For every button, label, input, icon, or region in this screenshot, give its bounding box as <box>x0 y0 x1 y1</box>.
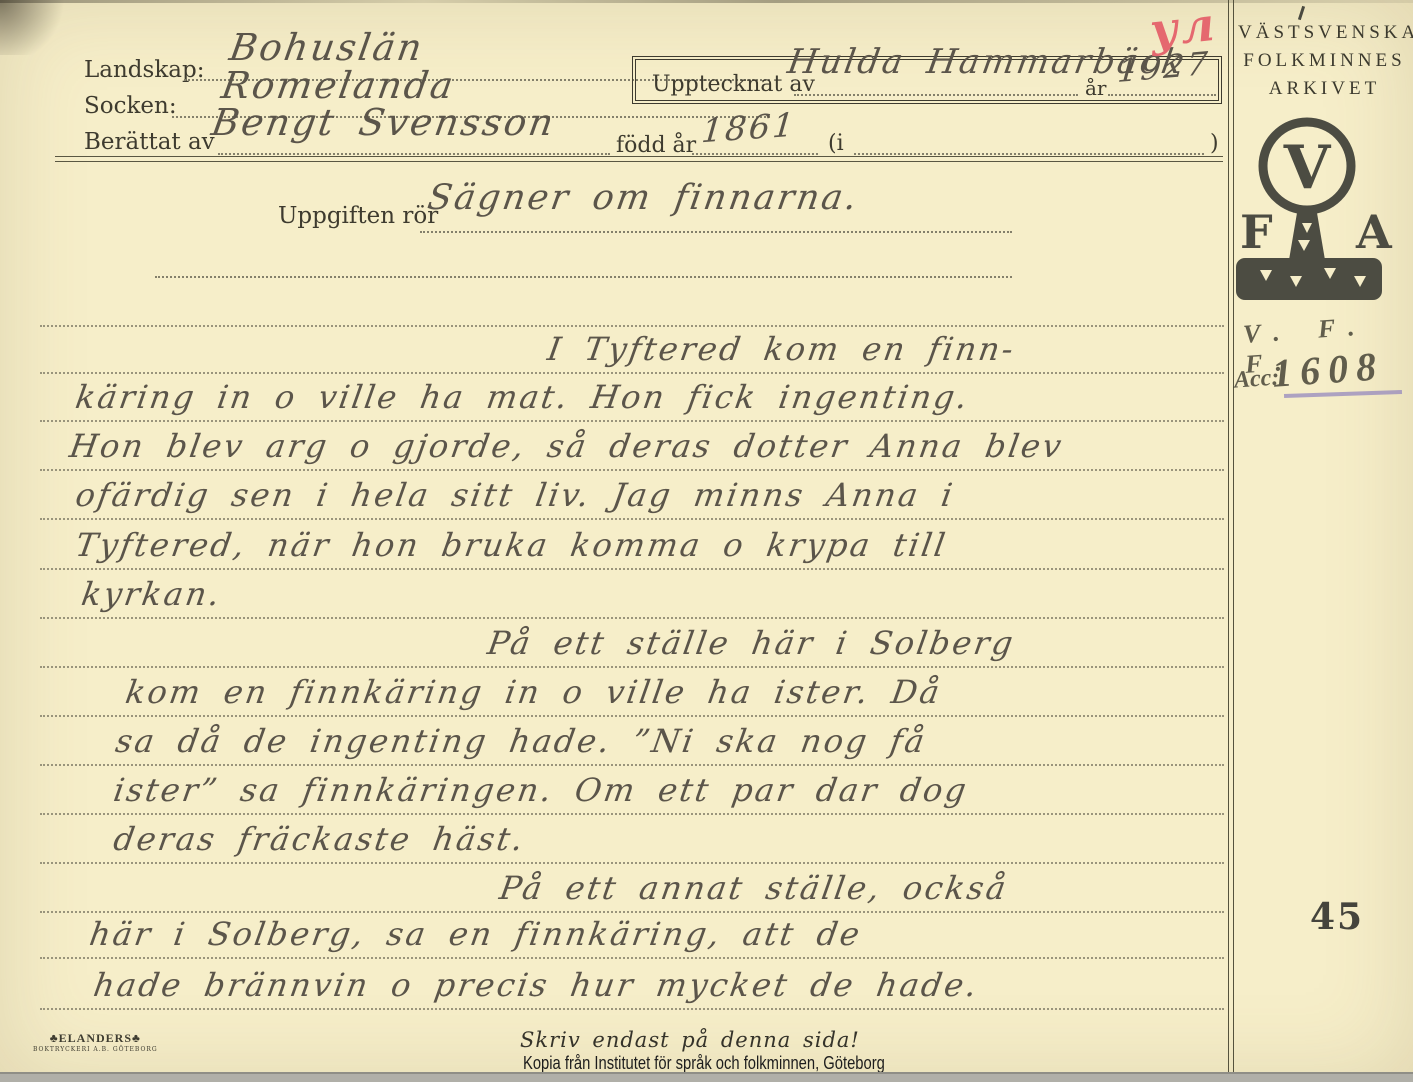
ruled-line <box>40 862 1224 864</box>
ruled-line <box>40 715 1224 717</box>
stray-pen-mark <box>1298 6 1305 20</box>
handwritten-line: här i Solberg, sa en finnkäring, att de <box>87 915 865 953</box>
uppgiften-ror-label: Uppgiften rör <box>278 203 438 229</box>
ruled-line <box>40 518 1224 520</box>
printer-subtitle: BOKTRYCKERI A.B. GÖTEBORG <box>33 1046 158 1053</box>
scanned-archive-document: Landskap: Bohuslän Socken: Romelanda Ber… <box>0 0 1413 1082</box>
ruled-line <box>40 325 1224 327</box>
printer-name: ELANDERS <box>59 1031 132 1045</box>
handwritten-line: ister” sa finnkäringen. Om ett par dar d… <box>111 771 971 809</box>
handwritten-line: Tyftered, när hon bruka komma o krypa ti… <box>73 526 950 564</box>
archive-name-line: FOLKMINNES <box>1238 50 1411 72</box>
archive-name-line: VÄSTSVENSKA <box>1238 22 1411 44</box>
handwritten-line: På ett ställe här i Solberg <box>485 624 1018 662</box>
logo-right-letter: A <box>1355 205 1393 259</box>
ruled-line <box>40 764 1224 766</box>
fodd-ar-label: född år <box>616 133 696 158</box>
handwritten-line: hade brännvin o precis hur mycket de had… <box>91 966 982 1004</box>
handwritten-line: deras fräckaste häst. <box>111 820 528 858</box>
handwritten-line: kyrkan. <box>79 575 225 613</box>
ruled-line <box>40 420 1224 422</box>
landskap-value: Bohuslän <box>227 26 428 69</box>
printer-ornament: ♣ <box>50 1031 59 1045</box>
header-divider-line <box>55 156 1223 162</box>
scan-corner-smudge <box>0 0 70 55</box>
handwritten-line: ofärdig sen i hela sitt liv. Jag minns A… <box>73 476 957 514</box>
ruled-line <box>40 666 1224 668</box>
logo-circle-letter: V <box>1283 133 1332 203</box>
stamp-acc-label: Acc: <box>1233 364 1280 394</box>
handwritten-line: I Tyftered kom en finn- <box>545 330 1018 368</box>
handwritten-line: Hon blev arg o gjorde, så deras dotter A… <box>67 427 1066 465</box>
ruled-line <box>40 911 1224 913</box>
handwritten-line: kom en finnkäring in o ville ha ister. D… <box>123 673 944 711</box>
write-only-instruction: Skriv endast på denna sida! <box>520 1028 860 1052</box>
archive-logo-thors-hammer: V F A <box>1232 108 1402 313</box>
paren-open-label: (i <box>828 131 844 156</box>
archive-name-line: ARKIVET <box>1238 78 1411 100</box>
stamp-number: 1608 <box>1270 342 1385 397</box>
socken-label: Socken: <box>84 93 177 119</box>
ruled-line <box>40 1008 1224 1010</box>
red-pencil-annotation: ул <box>1147 0 1219 57</box>
subject-fill-line <box>420 231 1012 233</box>
subject-extra-line <box>155 276 1012 278</box>
ar-fill-line <box>1108 94 1216 96</box>
ruled-line <box>40 372 1224 374</box>
copy-attribution-note: Kopia från Institutet för språk och folk… <box>523 1053 885 1074</box>
berattat-av-fill-line <box>218 153 610 155</box>
subject-value: Sägner om finnarna. <box>425 178 862 218</box>
page-number: 45 <box>1310 896 1364 938</box>
upptecknat-fill-line <box>794 94 1078 96</box>
ruled-line <box>40 469 1224 471</box>
printer-mark: ♣ELANDERS♣ BOKTRYCKERI A.B. GÖTEBORG <box>33 1031 158 1053</box>
handwritten-line: På ett annat ställe, också <box>497 869 1011 907</box>
ruled-line <box>40 568 1224 570</box>
ar-label: år <box>1085 76 1106 100</box>
berattat-av-label: Berättat av <box>84 129 215 155</box>
paren-close-label: ) <box>1210 131 1219 156</box>
berattat-av-value: Bengt Svensson <box>209 101 559 144</box>
fodd-ar-value: 1861 <box>700 105 798 150</box>
fodd-ar-fill-line <box>692 153 818 155</box>
handwritten-line: sa då de ingenting hade. ”Ni ska nog få <box>113 722 929 760</box>
ruled-line <box>40 617 1224 619</box>
logo-left-letter: F <box>1240 205 1273 259</box>
paren-fill-line <box>854 153 1204 155</box>
handwritten-line: käring in o ville ha mat. Hon fick ingen… <box>73 378 972 416</box>
ruled-line <box>40 813 1224 815</box>
ruled-line <box>40 957 1224 959</box>
scan-bottom-edge <box>0 1072 1413 1082</box>
printer-ornament: ♣ <box>132 1031 141 1045</box>
